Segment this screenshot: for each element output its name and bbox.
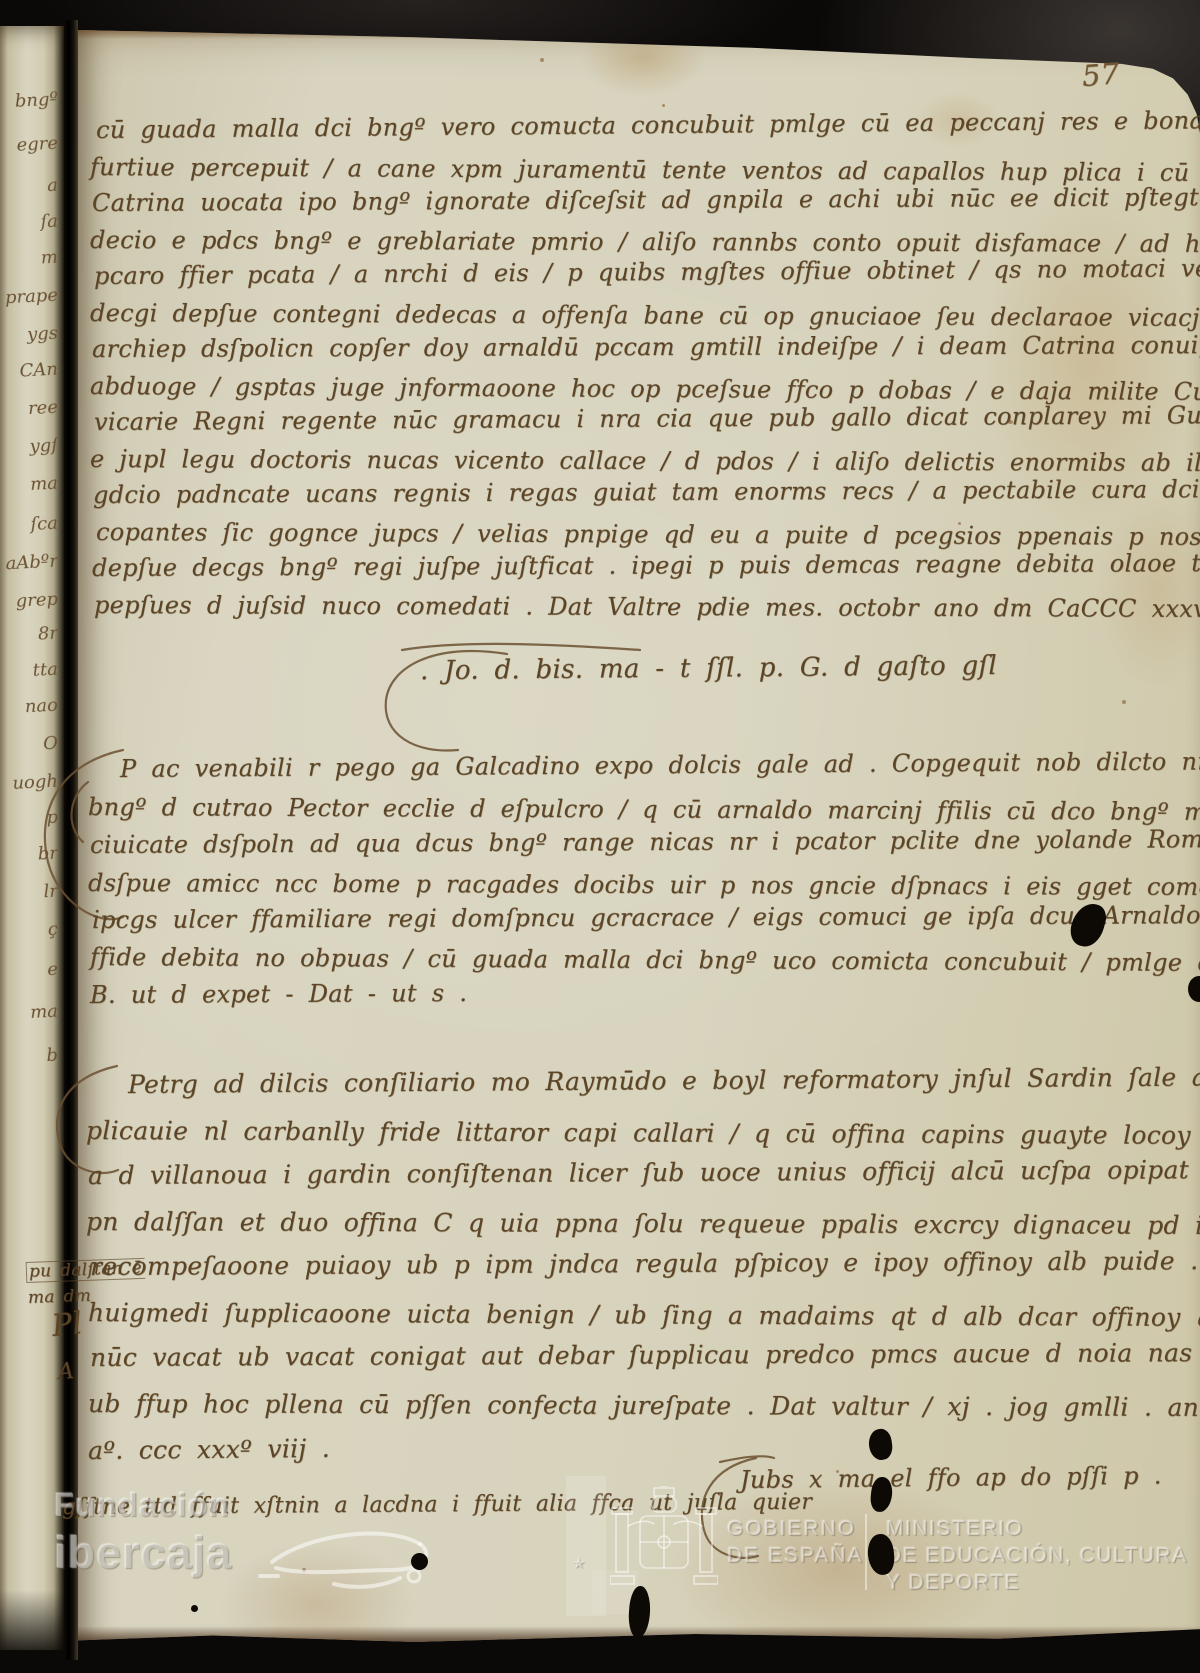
manuscript-line: a d villanoua i gardin conſiſtenan licer… (88, 1156, 1200, 1188)
gobierno-watermark-line1: GOBIERNO (727, 1518, 856, 1539)
manuscript-line: vicarie Regni regente nūc gramacu i nra … (94, 403, 1200, 434)
text-fragment: egre (2, 135, 59, 156)
text-fragment: nao (2, 697, 59, 718)
margin-note: Pl (50, 1309, 83, 1342)
manuscript-line: plicauie nl carbanlly fride littaror cap… (86, 1118, 1200, 1148)
manuscript-line: ffide debita no obpuas / cū guada malla … (90, 945, 1200, 975)
book-gutter-shadow (64, 20, 78, 1660)
manuscript-line: Petrg ad dilcis conſiliario mo Raymūdo e… (128, 1064, 1200, 1097)
manuscript-line: depſue decgs bngº regi juſpe juſtficat .… (92, 551, 1200, 580)
ibercaja-watermark-line2: ibercaja (54, 1530, 232, 1575)
text-fragment: ma (2, 1003, 59, 1024)
margin-note: A (57, 1361, 75, 1384)
star-icon: ★ (572, 1554, 585, 1572)
manuscript-line: B. ut d expet - Dat - ut s . (90, 981, 467, 1007)
ministerio-watermark-line3: Y DEPORTE (886, 1572, 1020, 1593)
margin-note: pu dalſtan ē (26, 1258, 146, 1283)
text-fragment: CAn (2, 361, 59, 382)
spain-coat-of-arms-icon (610, 1486, 718, 1608)
foxing-speck (1122, 700, 1126, 704)
docket-line: . Jo. d. bis. ma - t ſſl. p. G. d gaſto … (420, 653, 997, 684)
text-fragment: e (2, 961, 59, 982)
text-fragment: ree (2, 399, 59, 420)
text-fragment: ygs (2, 325, 59, 346)
foxing-speck (1008, 420, 1013, 424)
text-fragment: prape (2, 287, 59, 308)
closing-line-right: Jubs x ma el ffo ap do pſſi p . (740, 1464, 1162, 1492)
text-fragment: br (2, 845, 59, 866)
foxing-speck (958, 522, 961, 525)
text-fragment: ſa (2, 213, 59, 234)
manuscript-line: furtiue percepuit / a cane xpm juramentū… (90, 155, 1200, 186)
manuscript-line: ciuicate dsſpoln ad qua dcus bngº range … (90, 827, 1200, 857)
text-fragment: ygſ (2, 437, 59, 458)
previous-page-edge: bngº egre a ſa m prape ygs CAn ree ygſ m… (0, 26, 64, 1650)
manuscript-line: decgi depſue contegni dedecas a offenſa … (90, 301, 1200, 330)
ministerio-watermark-line2: DE EDUCACIÓN, CULTURA (886, 1545, 1188, 1566)
manuscript-line: bngº d cutrao Pector ecclie d eſpulcro /… (88, 795, 1200, 825)
manuscript-line: pcaro ffier pcata / a nrchi d eis / p qu… (94, 255, 1200, 288)
text-fragment: O (2, 735, 59, 756)
manuscript-line: copantes ſic gognce jupcs / velias pnpig… (96, 520, 1200, 549)
foxing-speck (662, 104, 665, 107)
manuscript-line: decio e pdcs bngº e greblariate pmrio / … (90, 228, 1200, 256)
gobierno-watermark-line2: DE ESPAÑA (727, 1545, 864, 1566)
text-fragment: ſca (2, 515, 59, 536)
foxing-speck (540, 58, 544, 62)
text-fragment: tta (2, 661, 59, 682)
ministerio-watermark-line1: MINISTERIO (886, 1518, 1024, 1539)
manuscript-scan: bngº egre a ſa m prape ygs CAn ree ygſ m… (0, 0, 1200, 1673)
manuscript-line: abduoge / gsptas juge jnformaoone hoc op… (90, 374, 1200, 404)
ibercaja-watermark-line1: Fundación (54, 1488, 230, 1521)
manuscript-line: ipcgs ulcer ffamiliare regi domſpncu gcr… (92, 903, 1200, 932)
wormhole (411, 1553, 428, 1570)
text-fragment: m (2, 249, 59, 270)
wormhole (191, 1605, 198, 1612)
text-fragment: aAbºr (2, 553, 59, 574)
text-fragment: uogh (2, 773, 59, 794)
text-fragment: ma (2, 475, 59, 496)
watermark-divider (865, 1514, 867, 1590)
text-fragment: p (2, 809, 59, 830)
margin-note: ma dm (28, 1288, 92, 1307)
manuscript-line: pepſues d juſsid nuco comedati . Dat Val… (94, 593, 1200, 621)
text-fragment: a (2, 177, 59, 198)
manuscript-line: pn dalſſan et duo offina C q uia ppna ſo… (86, 1209, 1200, 1238)
manuscript-line: Catrina uocata ipo bngº ignorate diſceſs… (92, 185, 1200, 215)
text-fragment: ç (2, 921, 59, 942)
manuscript-line: archiep dsſpolicn copſer doy arnaldū pcc… (92, 333, 1200, 361)
manuscript-line: P ac venabili r pego ga Galcadino expo d… (120, 749, 1200, 781)
manuscript-line: nūc vacat ub vacat conigat aut debar ſup… (90, 1340, 1192, 1370)
manuscript-line: huigmedi ſupplicaoone uicta benign / ub … (88, 1300, 1200, 1330)
manuscript-line: recompeſaoone puiaoy ub p ipm jndca regu… (90, 1248, 1200, 1279)
folio-number: 57 (1081, 59, 1120, 91)
manuscript-line: dsſpue amicc ncc bome p racgades docibs … (88, 871, 1200, 899)
manuscript-line: gdcio padncate ucans regnis i regas guia… (93, 477, 1200, 507)
manuscript-line: e jupl legu doctoris nucas vicento calla… (90, 447, 1200, 475)
text-fragment: grep (2, 591, 59, 612)
text-fragment: b (2, 1047, 59, 1068)
text-fragment: 8r (2, 625, 59, 646)
text-fragment: bngº (2, 91, 59, 112)
manuscript-line: aº. ccc xxxº viij . (88, 1436, 330, 1463)
foxing-speck (836, 1470, 839, 1473)
manuscript-line: ub ffup hoc pllena cū pſſen confecta jur… (88, 1391, 1200, 1420)
text-fragment: lr (2, 883, 59, 904)
